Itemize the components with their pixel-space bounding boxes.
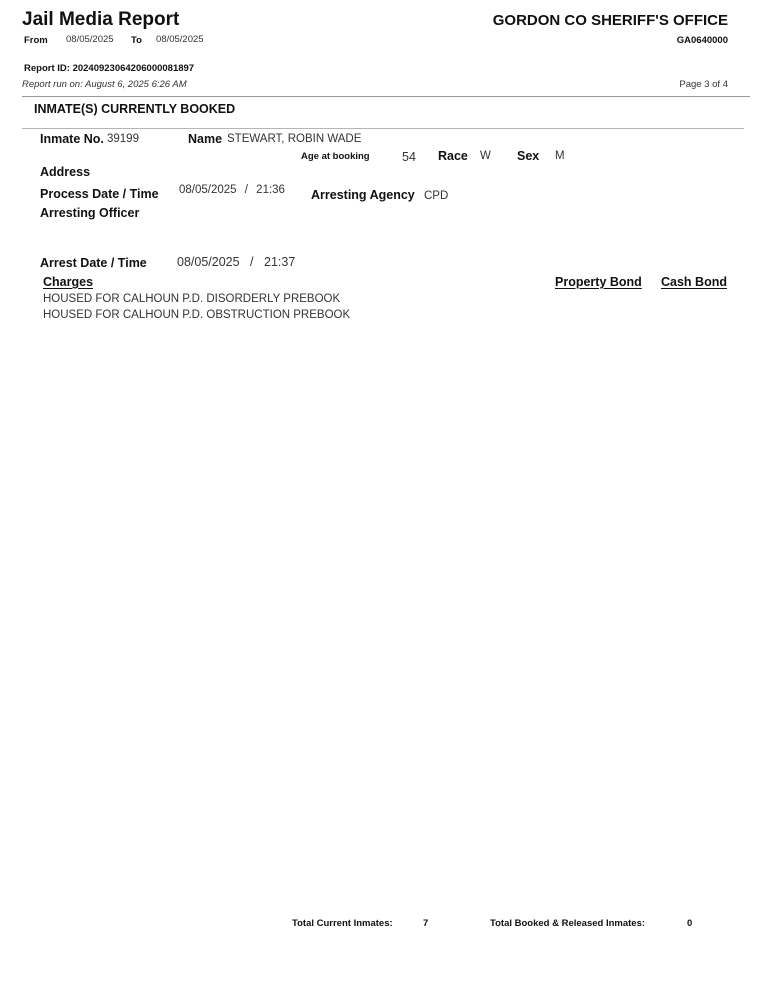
property-bond-header: Property Bond	[555, 275, 642, 289]
age-label: Age at booking	[301, 151, 370, 162]
process-separator: /	[245, 184, 248, 195]
total-released-label: Total Booked & Released Inmates:	[490, 918, 645, 929]
to-date: 08/05/2025	[156, 34, 204, 45]
process-datetime-value: 08/05/2025 / 21:36	[179, 184, 285, 195]
report-id-label: Report ID:	[24, 63, 70, 74]
race-value: W	[480, 150, 491, 162]
sex-label: Sex	[517, 149, 539, 163]
report-id-value: 20240923064206000081897	[73, 63, 195, 74]
name-label: Name	[188, 132, 222, 146]
total-current-label: Total Current Inmates:	[292, 918, 393, 929]
report-run-on: Report run on: August 6, 2025 6:26 AM	[22, 79, 187, 90]
arrest-time: 21:37	[264, 255, 295, 269]
to-label: To	[131, 35, 142, 46]
run-on-value: August 6, 2025 6:26 AM	[85, 79, 187, 90]
arresting-agency-label: Arresting Agency	[311, 188, 415, 202]
cash-bond-header: Cash Bond	[661, 275, 727, 289]
report-title: Jail Media Report	[22, 9, 179, 31]
arrest-datetime-label: Arrest Date / Time	[40, 256, 147, 270]
agency-name: GORDON CO SHERIFF'S OFFICE	[493, 12, 728, 29]
total-current-value: 7	[423, 918, 428, 929]
age-value: 54	[402, 150, 416, 164]
section-divider	[22, 128, 744, 129]
process-date: 08/05/2025	[179, 184, 237, 195]
inmate-no-label: Inmate No.	[40, 132, 104, 146]
charge-row: HOUSED FOR CALHOUN P.D. OBSTRUCTION PREB…	[43, 309, 350, 321]
name-value: STEWART, ROBIN WADE	[227, 133, 361, 145]
total-released-value: 0	[687, 918, 692, 929]
process-datetime-label: Process Date / Time	[40, 187, 159, 201]
inmate-no-value: 39199	[107, 133, 139, 145]
charges-header: Charges	[43, 275, 93, 289]
section-title: INMATE(S) CURRENTLY BOOKED	[34, 102, 235, 116]
page-number: Page 3 of 4	[679, 79, 728, 90]
agency-ori: GA0640000	[677, 35, 728, 46]
arresting-agency-value: CPD	[424, 190, 448, 202]
run-on-label: Report run on:	[22, 79, 83, 90]
from-label: From	[24, 35, 48, 46]
process-time: 21:36	[256, 184, 285, 195]
sex-value: M	[555, 150, 565, 162]
header-divider	[22, 96, 750, 97]
race-label: Race	[438, 149, 468, 163]
address-label: Address	[40, 165, 90, 179]
arresting-officer-label: Arresting Officer	[40, 206, 139, 220]
from-date: 08/05/2025	[66, 34, 114, 45]
arrest-datetime-value: 08/05/2025 / 21:37	[177, 255, 295, 269]
charge-row: HOUSED FOR CALHOUN P.D. DISORDERLY PREBO…	[43, 293, 340, 305]
report-id: Report ID: 20240923064206000081897	[24, 63, 194, 74]
arrest-separator: /	[250, 255, 253, 269]
arrest-date: 08/05/2025	[177, 255, 240, 269]
